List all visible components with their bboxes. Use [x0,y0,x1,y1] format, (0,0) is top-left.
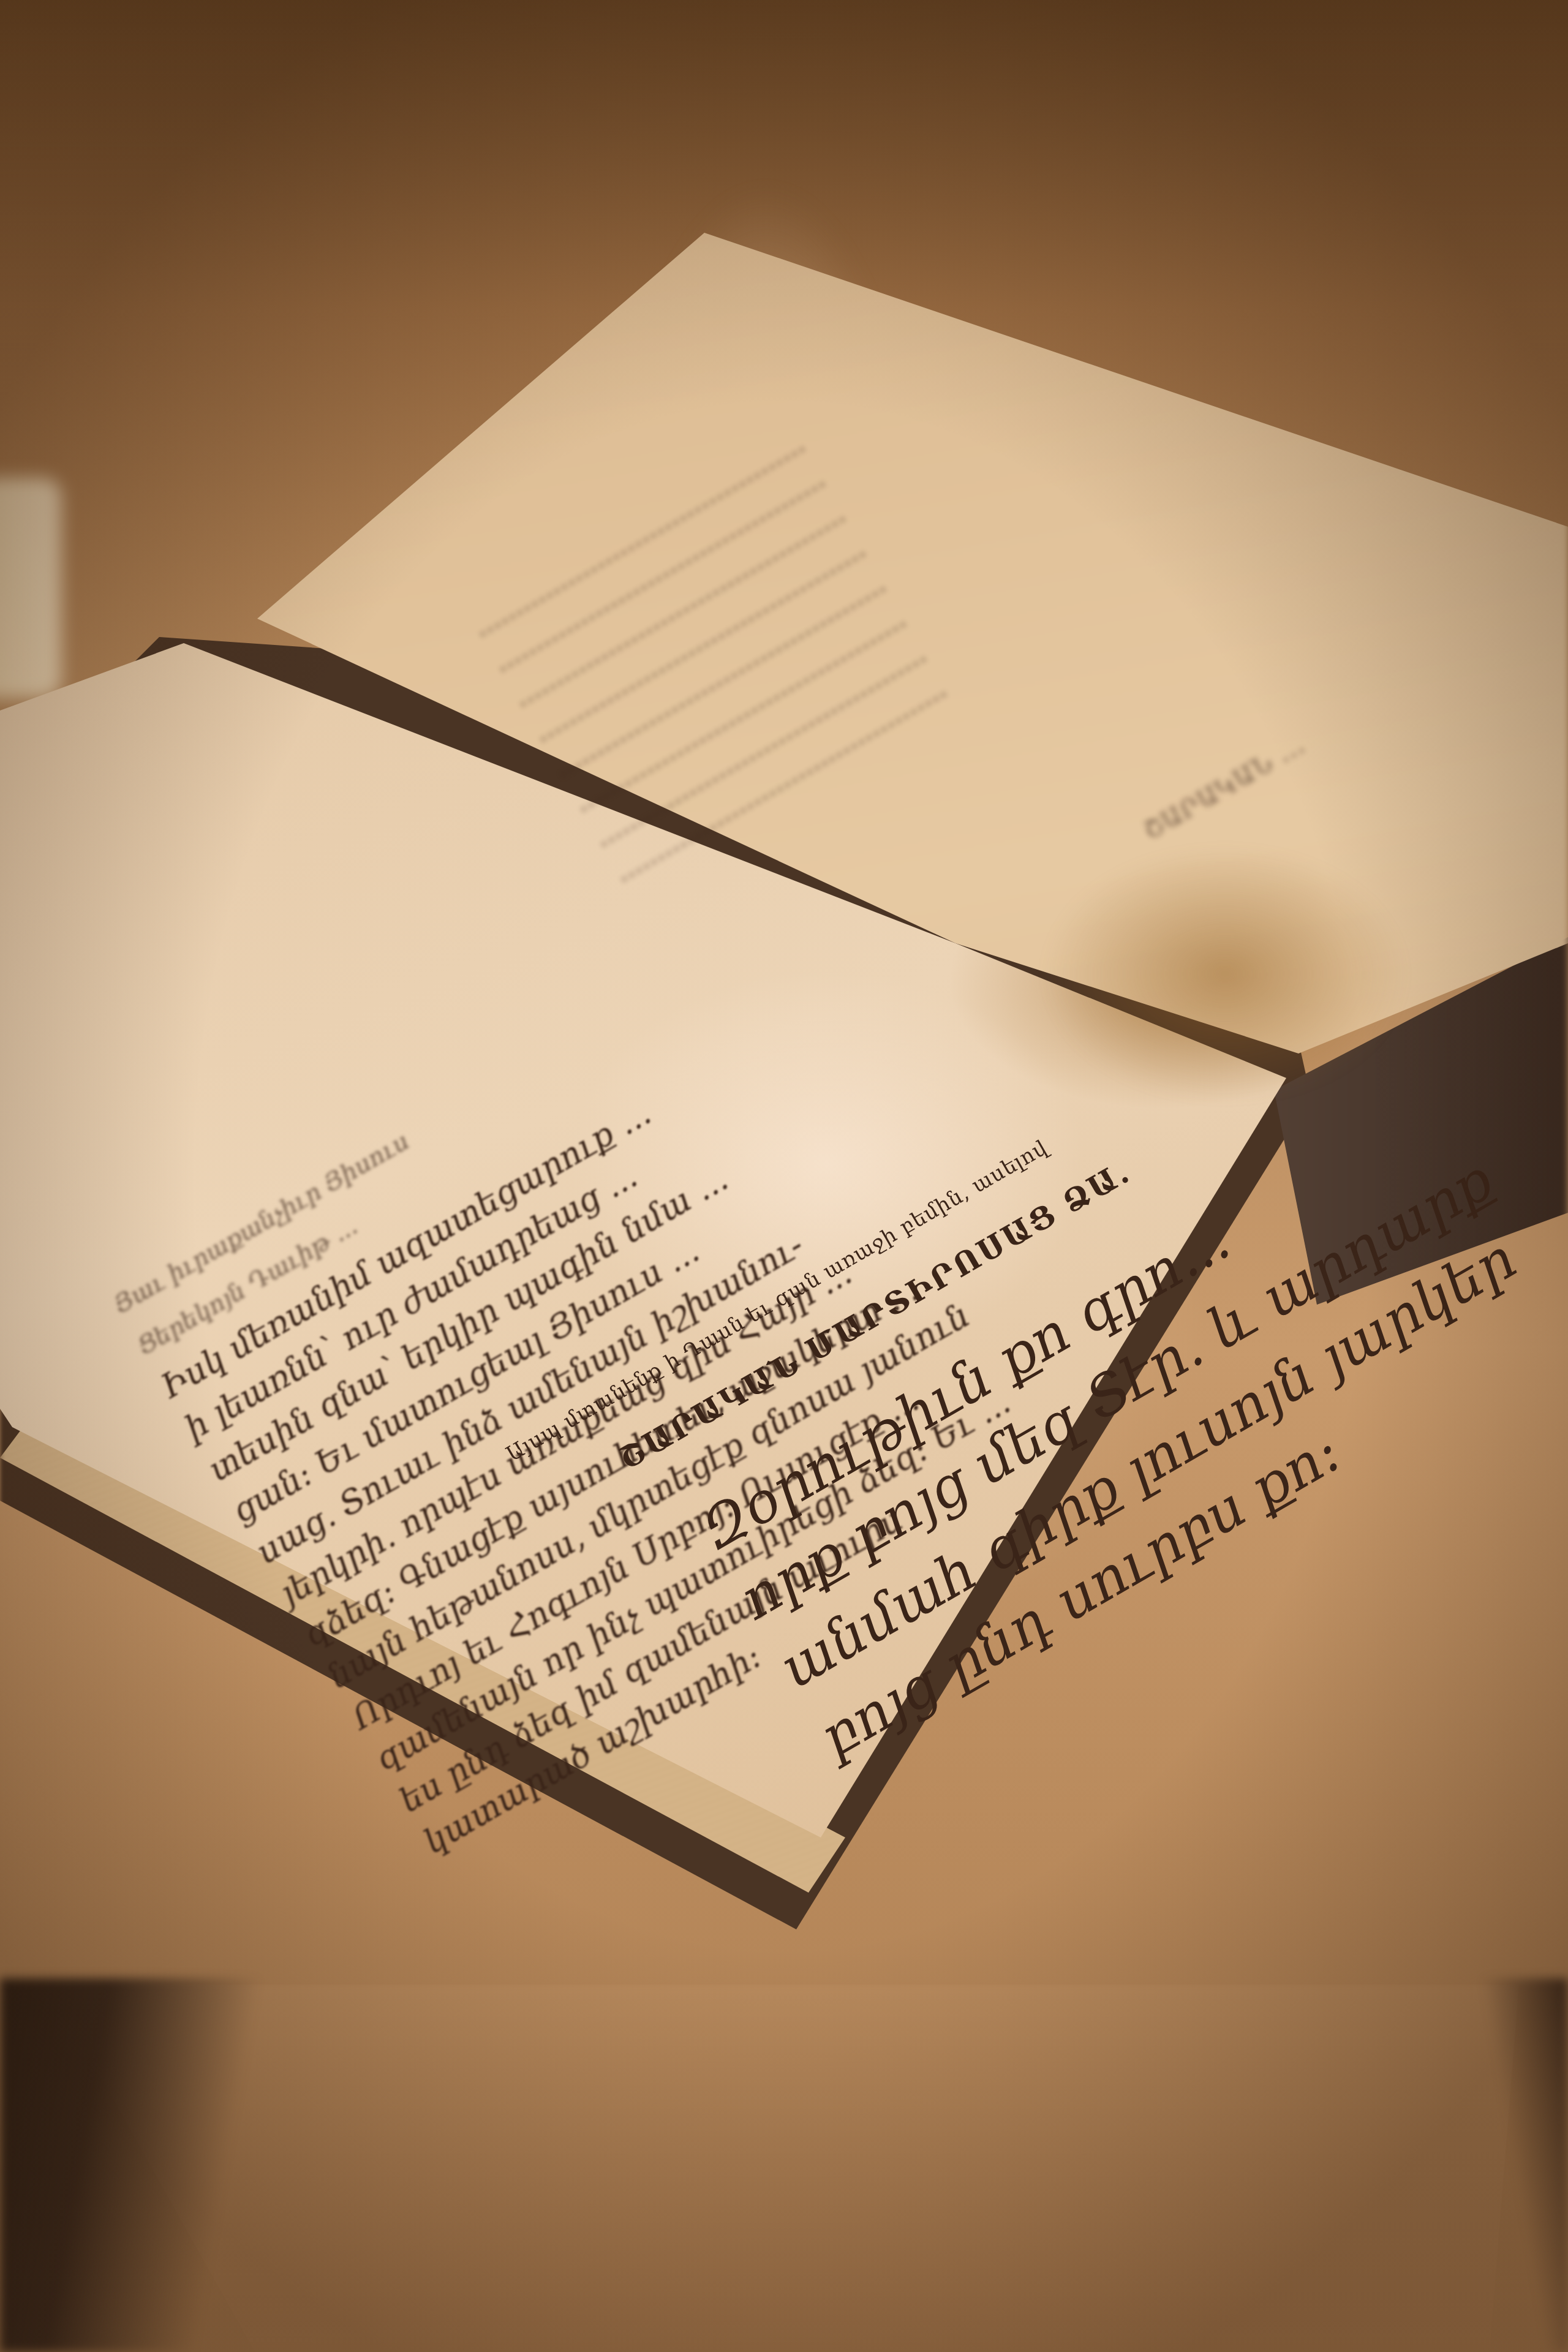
open-book: ........................................… [0,0,1568,2352]
page-stain [1041,845,1409,1102]
